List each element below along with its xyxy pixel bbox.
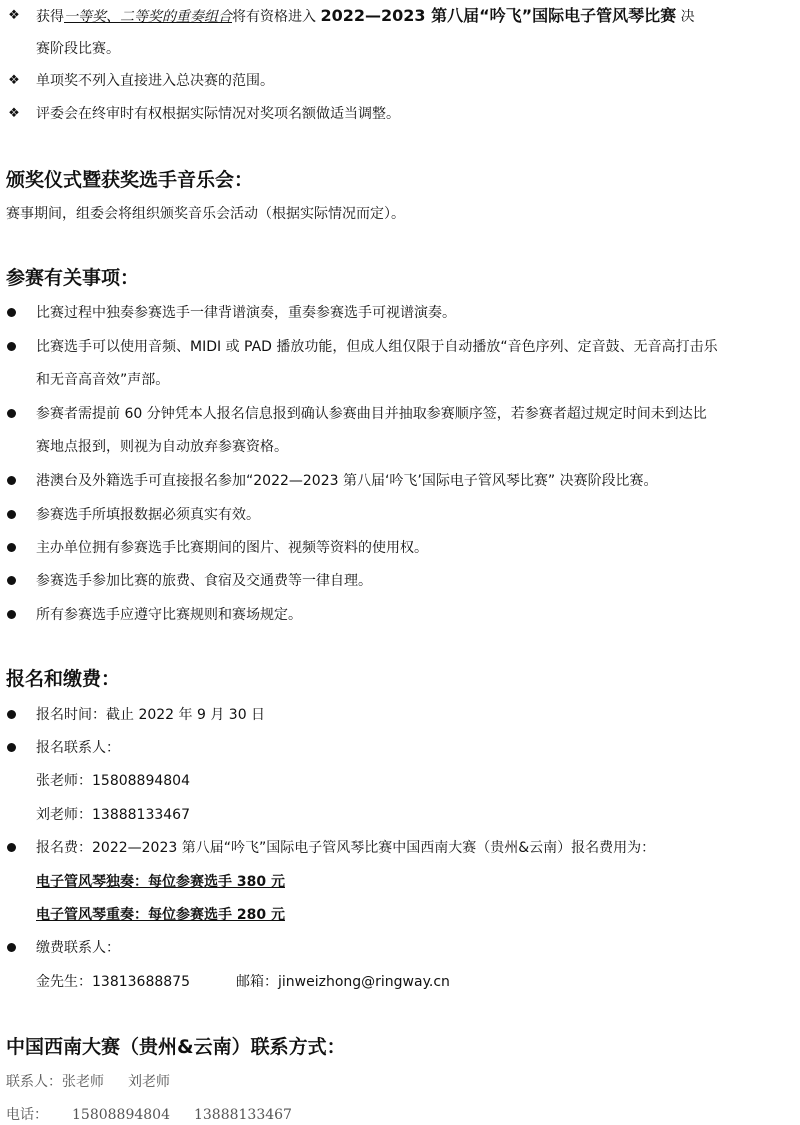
award-note-emphasis: 一等奖、二等奖的重奏组合 xyxy=(64,9,232,25)
registration-heading: 报名和缴费： xyxy=(6,667,120,691)
bullet-dot-icon xyxy=(7,743,16,752)
bullet-dot-icon xyxy=(7,710,16,719)
diamond-bullet-icon: ❖ xyxy=(6,104,22,124)
bullet-dot-icon xyxy=(7,543,16,552)
contact-phone: 15808894804 xyxy=(72,1107,170,1123)
document-page: ❖ 获得一等奖、二等奖的重奏组合将有资格进入 2022—2023 第八届“吟飞”… xyxy=(0,0,800,1125)
ceremony-heading: 颁奖仪式暨获奖选手音乐会： xyxy=(6,168,253,192)
award-note-1: ❖ 获得一等奖、二等奖的重奏组合将有资格进入 2022—2023 第八届“吟飞”… xyxy=(0,6,800,26)
payment-email: 邮箱：jinweizhong@ringway.cn xyxy=(236,972,450,992)
contact-person: 刘老师 xyxy=(128,1074,170,1090)
award-note-suffix: 决 xyxy=(676,9,694,25)
bullet-dot-icon xyxy=(7,476,16,485)
southwest-contact-phones: 电话：1580889480413888133467 xyxy=(6,1105,292,1125)
bullet-dot-icon xyxy=(7,510,16,519)
contact-person: 张老师 xyxy=(62,1074,104,1090)
ceremony-text: 赛事期间，组委会将组织颁奖音乐会活动（根据实际情况而定）。 xyxy=(6,204,405,224)
participation-heading: 参赛有关事项： xyxy=(6,266,139,290)
southwest-contact-people: 联系人：张老师刘老师 xyxy=(6,1072,170,1092)
bullet-dot-icon xyxy=(7,342,16,351)
bullet-dot-icon xyxy=(7,409,16,418)
bullet-dot-icon xyxy=(7,610,16,619)
award-note-competition-name: 2022—2023 第八届“吟飞”国际电子管风琴比赛 xyxy=(320,6,676,25)
bullet-dot-icon xyxy=(7,308,16,317)
bullet-dot-icon xyxy=(7,943,16,952)
award-note-middle: 将有资格进入 xyxy=(232,9,320,25)
diamond-bullet-icon: ❖ xyxy=(6,6,22,26)
diamond-bullet-icon: ❖ xyxy=(6,71,22,91)
award-note-prefix: 获得 xyxy=(36,9,64,25)
contact-phone: 13888133467 xyxy=(194,1107,292,1123)
bullet-dot-icon xyxy=(7,576,16,585)
bullet-dot-icon xyxy=(7,843,16,852)
southwest-contact-heading: 中国西南大赛（贵州&云南）联系方式： xyxy=(6,1035,346,1059)
